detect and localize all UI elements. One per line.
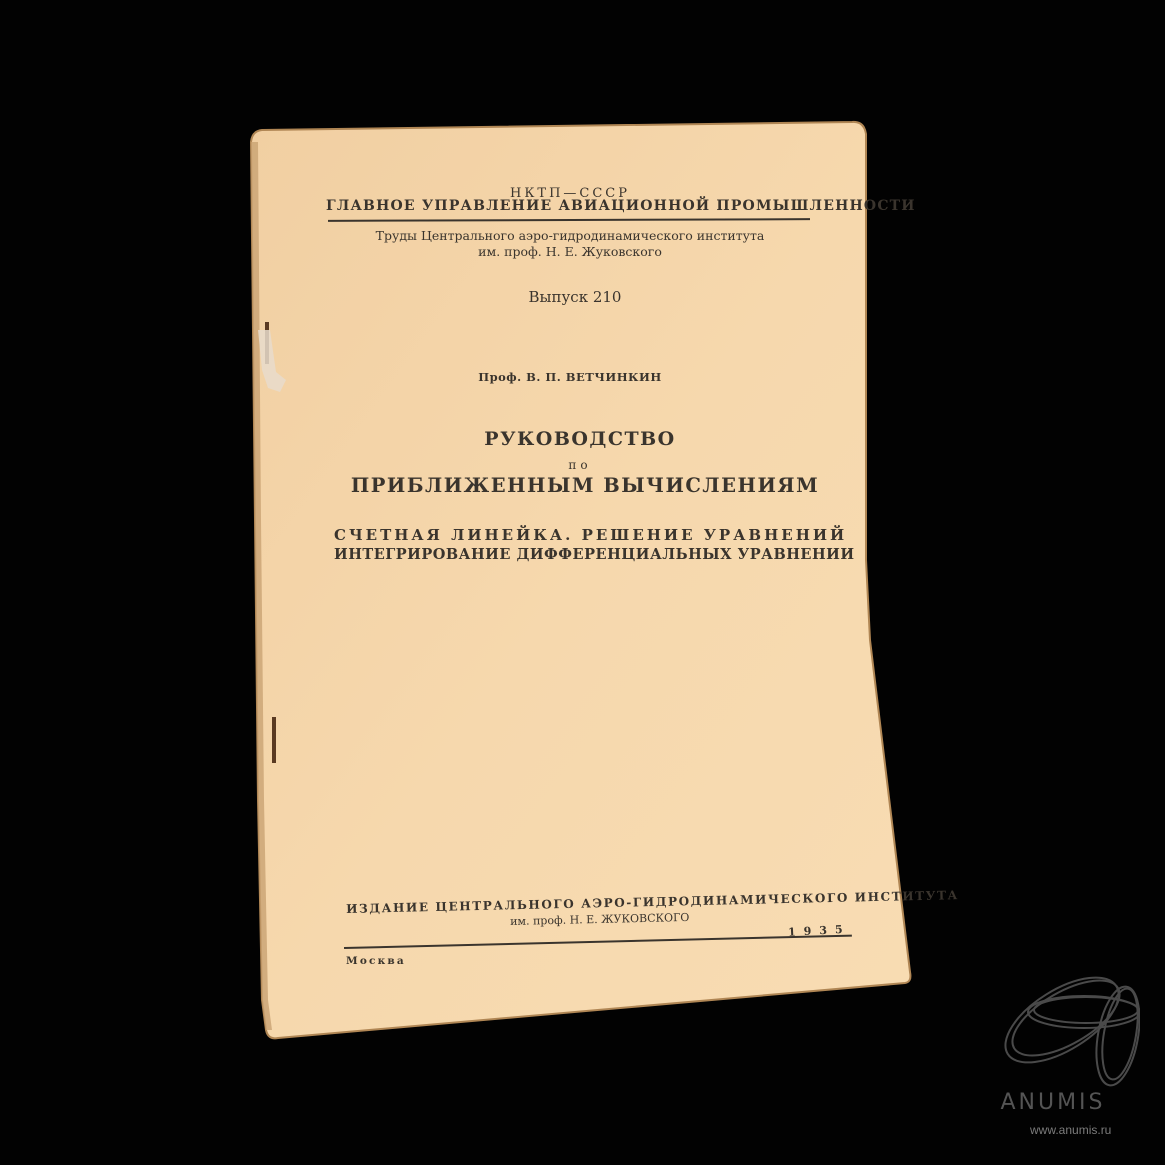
watermark-brand: ANUMIS xyxy=(972,1090,1134,1115)
subtitle-line-1: СЧЕТНАЯ ЛИНЕЙКА. РЕШЕНИЕ УРАВНЕНИЙ xyxy=(334,526,814,544)
anumis-rings-logo-icon xyxy=(1000,968,1140,1088)
photo: НКТП—СССР ГЛАВНОЕ УПРАВЛЕНИЕ АВИАЦИОННОЙ… xyxy=(0,0,1165,1165)
title-line-1: РУКОВОДСТВО xyxy=(330,428,830,450)
series-line-1: Труды Центрального аэро-гидродинамическо… xyxy=(330,228,810,243)
series-line-2: им. проф. Н. Е. Жуковского xyxy=(330,244,810,259)
watermark-url: www.anumis.ru xyxy=(1030,1123,1165,1137)
booklet-page xyxy=(0,0,1165,1165)
publication-city: Москва xyxy=(346,955,426,967)
title-line-3: ПРИБЛИЖЕННЫМ ВЫЧИСЛЕНИЯМ xyxy=(330,474,840,497)
header-directorate: ГЛАВНОЕ УПРАВЛЕНИЕ АВИАЦИОННОЙ ПРОМЫШЛЕН… xyxy=(326,198,812,214)
title-line-2: по xyxy=(330,458,830,472)
staple-bottom xyxy=(272,717,276,763)
issue-number: Выпуск 210 xyxy=(450,288,700,306)
author: Проф. В. П. ВЕТЧИНКИН xyxy=(380,370,760,384)
subtitle-line-2: ИНТЕГРИРОВАНИЕ ДИФФЕРЕНЦИАЛЬНЫХ УРАВНЕНИ… xyxy=(334,546,814,563)
